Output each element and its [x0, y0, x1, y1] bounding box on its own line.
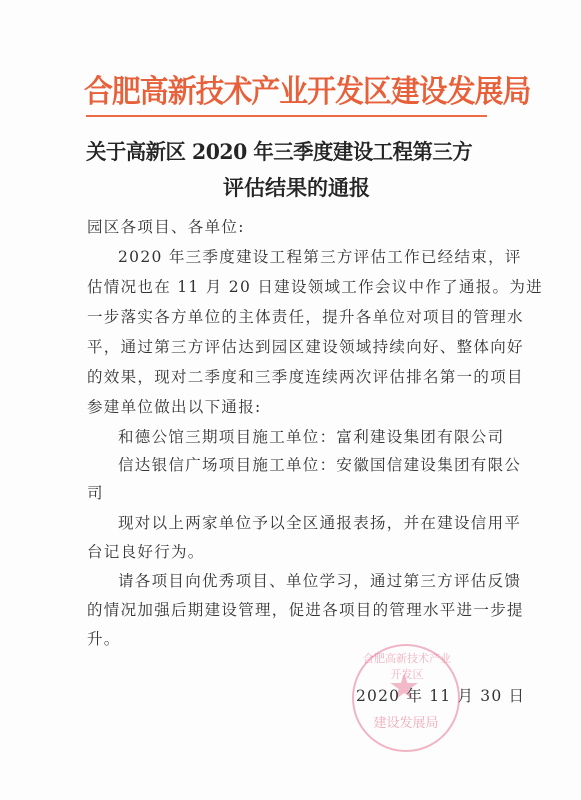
document-date: 2020 年 11 月 30 日: [356, 684, 525, 706]
body-line: 平，通过第三方评估达到园区建设领域持续向好、整体向好: [87, 337, 524, 357]
commended-unit-2-continuation: 司: [87, 483, 104, 503]
seal-bottom-text: 建设发展局: [354, 712, 458, 731]
document-page: 合肥高新技术产业开发区建设发展局 关于高新区 2020 年三季度建设工程第三方 …: [0, 0, 581, 800]
body-line: 的效果，现对二季度和三季度连续两次评估排名第一的项目: [87, 367, 524, 387]
document-title-line2: 评估结果的通报: [0, 172, 581, 202]
commended-unit-1: 和德公馆三期项目施工单位：富利建设集团有限公司: [118, 427, 504, 447]
header-rule: [86, 115, 487, 117]
body-line: 一步落实各方单位的主体责任，提升各单位对项目的管理水: [87, 307, 524, 327]
paragraph-3-line: 现对以上两家单位予以全区通报表扬，并在建设信用平: [118, 513, 521, 533]
paragraph-3-line: 台记良好行为。: [87, 542, 205, 562]
body-line: 2020 年三季度建设工程第三方评估工作已经结束，评: [118, 247, 522, 267]
body-line: 参建单位做出以下通报:: [87, 397, 262, 417]
salutation: 园区各项目、各单位:: [87, 217, 245, 237]
paragraph-4-line: 请各项目向优秀项目、单位学习，通过第三方评估反馈: [118, 571, 521, 591]
paragraph-4-line: 的情况加强后期建设管理，促进各项目的管理水平进一步提: [87, 600, 524, 620]
commended-unit-2: 信达银信广场项目施工单位：安徽国信建设集团有限公: [118, 455, 521, 475]
body-line: 估情况也在 11 月 20 日建设领域工作会议中作了通报。为进: [87, 277, 543, 297]
paragraph-4-line: 升。: [87, 629, 121, 649]
issuer-header: 合肥高新技术产业开发区建设发展局: [84, 66, 456, 111]
document-title-line1: 关于高新区 2020 年三季度建设工程第三方: [86, 136, 474, 166]
